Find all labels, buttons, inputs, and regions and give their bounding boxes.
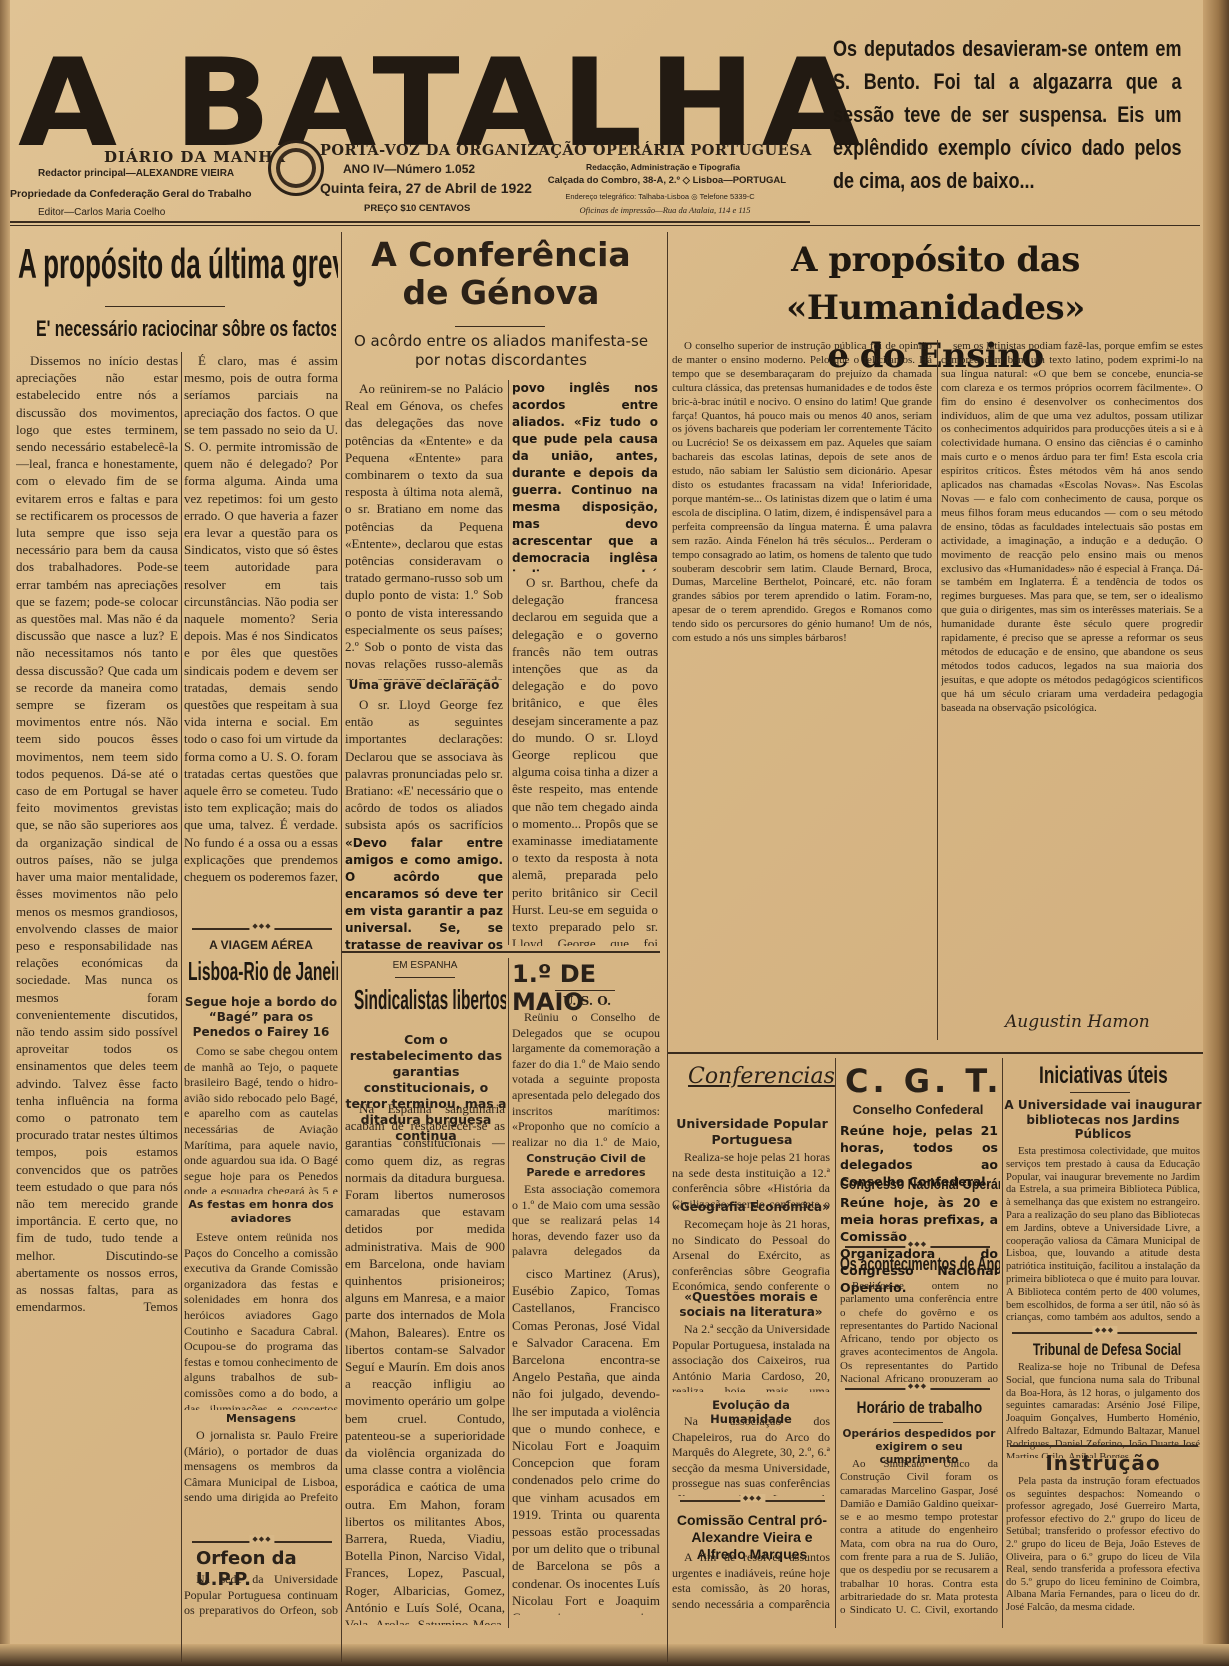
humanidades-col1: O conselho superior de instrução pública… bbox=[672, 340, 932, 1040]
genova-title: A Conferência de Génova bbox=[342, 236, 660, 312]
espanha-body: Na Espanha sanguinária acabam de restabe… bbox=[345, 1100, 505, 1625]
iniciativas-body: Esta prestimosa colectividade, que muito… bbox=[1006, 1146, 1200, 1324]
angola-title: Os acontecimentos de Angola bbox=[840, 1254, 1000, 1275]
address-line-4: Oficinas de impressão—Rua da Atalaia, 11… bbox=[545, 205, 785, 215]
page-edge-left bbox=[0, 0, 10, 1666]
masthead-property: Propriedade da Confederação Geral do Tra… bbox=[10, 188, 252, 200]
espanha-title: Sindicalistas libertos bbox=[354, 984, 506, 1016]
column-rule bbox=[341, 232, 342, 1662]
maio-body2: Esta associação comemora o 1.º de Maio c… bbox=[512, 1182, 660, 1260]
ornament-divider bbox=[845, 1388, 990, 1390]
ornament-divider bbox=[1012, 1332, 1197, 1334]
horario-title: Horário de trabalho bbox=[856, 1398, 981, 1418]
viagem-kicker: A VIAGEM AÉREA bbox=[184, 938, 338, 952]
instrucao-title: Instrução bbox=[1004, 1451, 1202, 1475]
masthead-rule-2 bbox=[10, 225, 1200, 226]
divider bbox=[1070, 1092, 1130, 1093]
conferencias-title: Conferencias bbox=[688, 1064, 835, 1089]
divider bbox=[893, 1422, 943, 1423]
genova-col1b: O sr. Lloyd George fez então as seguinte… bbox=[345, 696, 503, 836]
column-rule bbox=[1002, 1058, 1003, 1628]
ornament-divider bbox=[845, 1246, 990, 1248]
lead-box-text: Os deputados desavieram-se ontem em S. B… bbox=[833, 32, 1182, 197]
cgt-sub1: Conselho Confederal bbox=[838, 1102, 998, 1117]
article-greve-title: A propósito da última greve bbox=[18, 240, 338, 288]
column-rule bbox=[508, 380, 509, 945]
masthead-editor: Editor—Carlos Maria Coelho bbox=[38, 207, 165, 218]
humanidades-col2: sem os latinistas podiam fazê-las, porqu… bbox=[941, 340, 1203, 995]
ornament-divider bbox=[192, 1541, 332, 1543]
genova-title-line2: de Génova bbox=[342, 274, 660, 312]
genova-col2: O sr. Barthou, chefe da delegação france… bbox=[512, 574, 658, 946]
viagem-body2: Esteve ontem reünida nos Paços do Concel… bbox=[184, 1230, 338, 1410]
viagem-body: Como se sabe chegou ontem de manhã ao Te… bbox=[184, 1044, 338, 1194]
genova-col1: Ao reünirem-se no Palácio Real em Génova… bbox=[345, 380, 503, 680]
cgt-title: C. G. T. bbox=[845, 1062, 1005, 1100]
cgt-sub2-wrap: Congresso Nacional Operário bbox=[840, 1174, 1000, 1193]
ornament-divider bbox=[680, 1500, 825, 1502]
cgt-sub2: Congresso Nacional Operário bbox=[840, 1176, 1000, 1193]
tribunal-body: Realiza-se hoje no Tribunal de Defesa So… bbox=[1006, 1362, 1200, 1458]
viagem-title: Lisboa-Rio de Janeiro bbox=[188, 956, 338, 987]
column-rule bbox=[181, 352, 182, 1662]
address-line-1: Redacção, Administração e Tipografia bbox=[548, 162, 778, 172]
newspaper-page: A BATALHA DIÁRIO DA MANHÃ Redactor princ… bbox=[0, 0, 1229, 1666]
humanidades-signature: Augustin Hamon bbox=[1005, 1012, 1150, 1032]
masthead-tagline: PORTA-VOZ DA ORGANIZAÇÃO OPERÁRIA PORTUG… bbox=[320, 142, 812, 159]
orfeon-body: Na sede da Universidade Popular Portugue… bbox=[184, 1572, 338, 1618]
issue-number: ANO IV—Número 1.052 bbox=[343, 162, 475, 176]
column-rule bbox=[667, 232, 668, 1662]
article-greve-subtitle-wrap: E' necessário raciocinar sôbre os factos bbox=[36, 316, 336, 342]
espanha-title-wrap: Sindicalistas libertos bbox=[354, 984, 506, 1016]
article-greve-col2: É claro, mas é assim mesmo, pois de outr… bbox=[184, 352, 338, 882]
conferencias-body3: Na 2.ª secção da Universidade Popular Po… bbox=[672, 1322, 830, 1392]
section-rule bbox=[342, 951, 660, 953]
address-line-3: Endereço telegráfico: Talhaba-Lisboa ◎ T… bbox=[540, 192, 780, 201]
union-seal-icon bbox=[268, 140, 324, 196]
divider bbox=[555, 990, 615, 991]
ornament-divider bbox=[192, 928, 332, 930]
humanidades-title-line1: A propósito das «Humanidades» bbox=[668, 236, 1203, 332]
conferencias-body4: Na associação dos Chapeleiros, rua do Ar… bbox=[672, 1414, 830, 1496]
issue-date: Quinta feira, 27 de Abril de 1922 bbox=[320, 180, 532, 196]
angola-title-wrap: Os acontecimentos de Angola bbox=[840, 1254, 1000, 1275]
horario-body: Ao Sindicato Único da Construção Civil f… bbox=[840, 1458, 998, 1618]
article-greve-subtitle: E' necessário raciocinar sôbre os factos bbox=[36, 316, 336, 342]
genova-col2-bold: povo inglês nos acordos entre aliados. «… bbox=[512, 380, 658, 572]
masthead-redactor: Redactor principal—ALEXANDRE VIEIRA bbox=[38, 168, 234, 179]
column-rule bbox=[508, 958, 509, 1628]
viagem-subtitle: Segue hoje a bordo do “Bagé” para os Pen… bbox=[184, 995, 338, 1040]
maio-body: Reüniu o Conselho de Delegados que se oc… bbox=[512, 1010, 660, 1150]
tribunal-title-wrap: Tribunal de Defesa Social bbox=[1004, 1340, 1202, 1360]
section-rule bbox=[1010, 1445, 1198, 1447]
genova-quote: «Devo falar entre amigos e como amigo. O… bbox=[345, 835, 503, 950]
genova-title-line1: A Conferência bbox=[342, 236, 660, 274]
tribunal-title: Tribunal de Defesa Social bbox=[1033, 1340, 1181, 1360]
section-rule bbox=[668, 1052, 1203, 1054]
iniciativas-subtitle: A Universidade vai inaugurar bibliotecas… bbox=[1004, 1098, 1202, 1142]
address-line-2: Calçada do Combro, 38-A, 2.º ◇ Lisboa—PO… bbox=[536, 175, 786, 186]
comissao-body: A fim de resolver assuntos urgentes e in… bbox=[672, 1550, 830, 1612]
conferencias-sub2: «Geografia Económica» bbox=[672, 1200, 830, 1214]
iniciativas-title-wrap: Iniciativas úteis bbox=[1004, 1062, 1202, 1090]
viagem-body3: O jornalista sr. Paulo Freire (Mário), o… bbox=[184, 1428, 338, 1503]
page-edge-bottom bbox=[0, 1644, 1229, 1666]
genova-subtitle: O acôrdo entre os aliados manifesta-se p… bbox=[342, 332, 660, 370]
conferencias-body2: Recomeçam hoje às 21 horas, no Sindicato… bbox=[672, 1217, 830, 1297]
divider bbox=[395, 977, 455, 978]
article-greve-title-wrap: A propósito da última greve bbox=[18, 240, 338, 288]
column-rule bbox=[937, 340, 938, 1040]
instrucao-body: Pela pasta da instrução foram efectuados… bbox=[1006, 1476, 1200, 1622]
horario-title-wrap: Horário de trabalho bbox=[840, 1398, 998, 1418]
page-edge-right bbox=[1203, 0, 1229, 1666]
divider bbox=[105, 306, 225, 307]
genova-grave-heading: Uma grave declaração bbox=[345, 678, 503, 692]
maio-subtitle: U. S. O. bbox=[512, 994, 662, 1008]
conferencias-sub1: Universidade Popular Portuguesa bbox=[672, 1116, 832, 1148]
maio-sub2: Construção Civil de Parede e arredores bbox=[512, 1152, 660, 1180]
viagem-sub2: As festas em honra dos aviadores bbox=[184, 1198, 338, 1226]
angola-body: Realizou-se ontem no parlamento uma conf… bbox=[840, 1280, 998, 1382]
conferencias-sub3: «Questões morais e sociais na literatura… bbox=[672, 1290, 830, 1320]
espanha-col2: cisco Martinez (Arus), Eusébio Zapico, T… bbox=[512, 1265, 660, 1615]
masthead-subtitle: DIÁRIO DA MANHÃ bbox=[104, 148, 286, 166]
issue-price: PREÇO $10 CENTAVOS bbox=[364, 203, 470, 214]
divider bbox=[455, 326, 545, 327]
viagem-title-wrap: Lisboa-Rio de Janeiro bbox=[188, 956, 338, 987]
article-greve-col1: Dissemos no início destas apreciações nã… bbox=[16, 352, 178, 1312]
column-rule bbox=[835, 1058, 836, 1628]
viagem-sub3: Mensagens bbox=[184, 1412, 338, 1425]
espanha-kicker: EM ESPANHA bbox=[342, 960, 508, 971]
masthead-rule bbox=[10, 221, 810, 223]
iniciativas-title: Iniciativas úteis bbox=[1039, 1062, 1168, 1090]
